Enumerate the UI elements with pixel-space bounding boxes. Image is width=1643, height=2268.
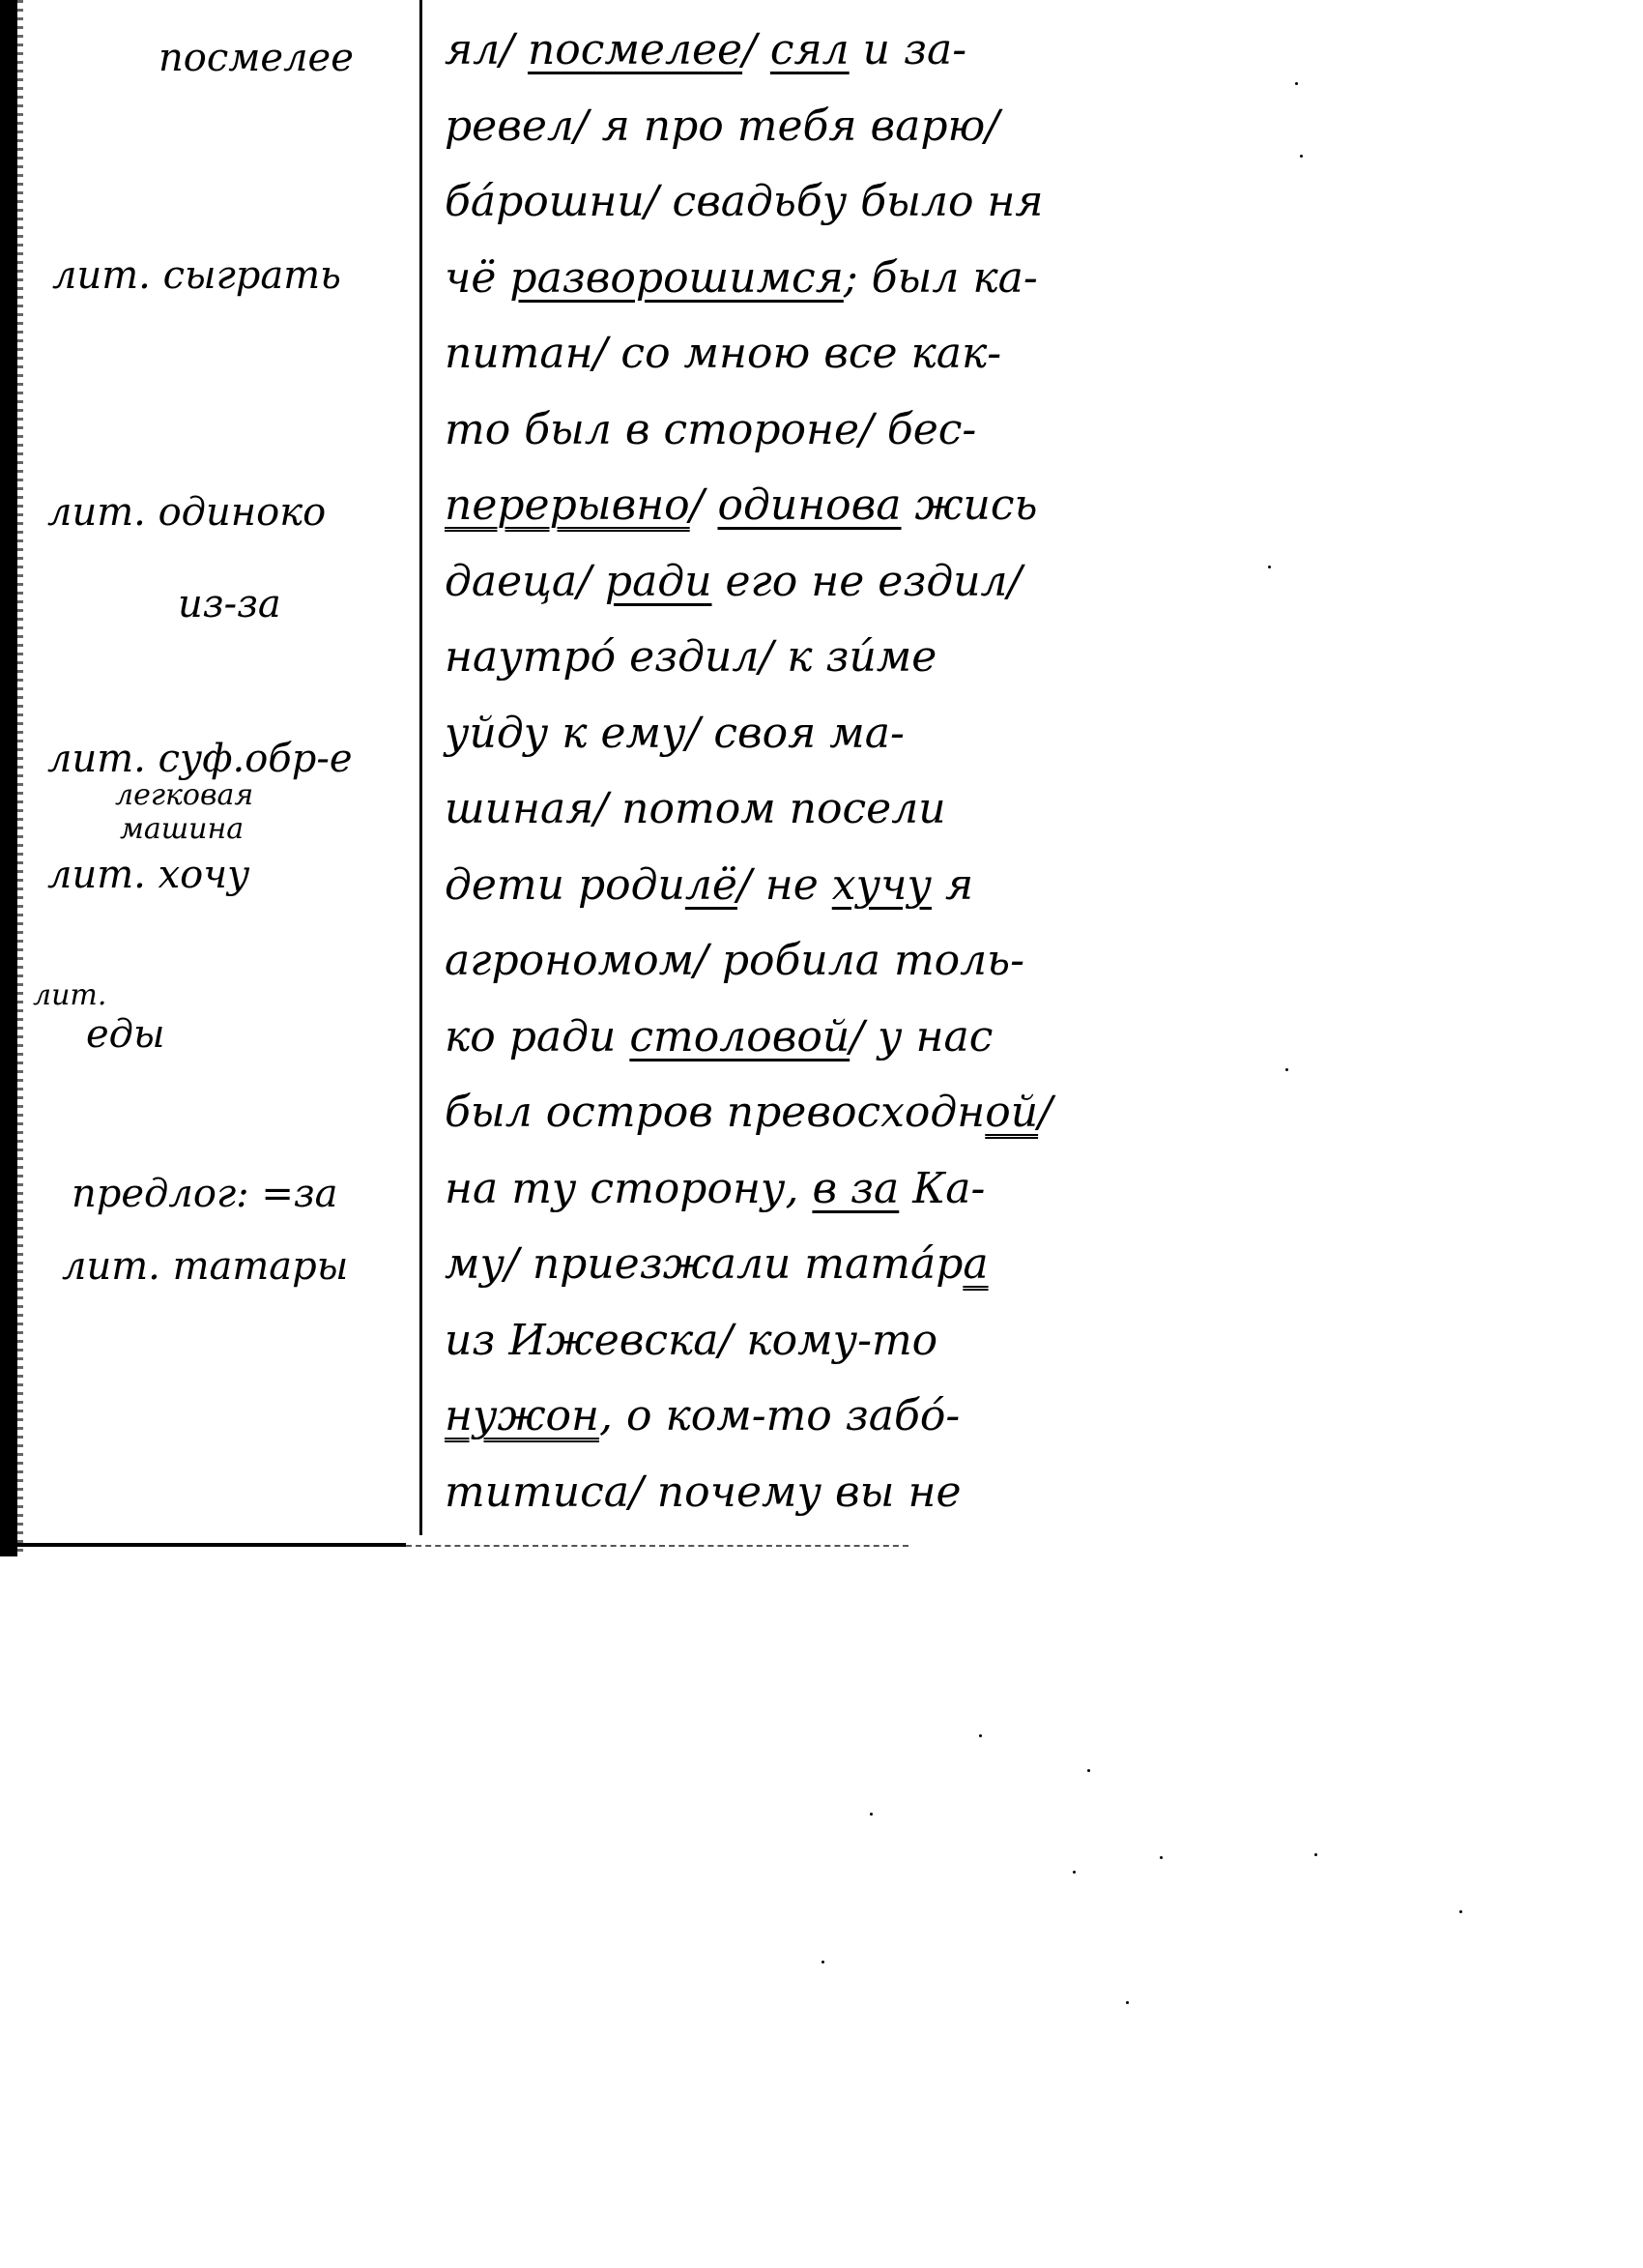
scan-speck xyxy=(1268,566,1271,568)
margin-note: лит. сыграть xyxy=(52,256,341,295)
transcript-text: агрономом/ робила толь- xyxy=(445,936,1024,985)
underlined-dialect-word: сял xyxy=(770,25,850,74)
transcript-line: чё разворошимся; был ка- xyxy=(445,257,1295,300)
underlined-dialect-word: столовой xyxy=(629,1012,850,1061)
transcript-line: питан/ со мною все как- xyxy=(445,333,1295,375)
transcript-text: я xyxy=(932,860,973,910)
transcript-text: его не ездил/ xyxy=(712,557,1023,606)
transcript-text: ял/ xyxy=(445,25,528,74)
page-bottom-border-dashed xyxy=(406,1545,908,1547)
scan-speck xyxy=(870,1813,873,1816)
transcript-text: был остров превосходн xyxy=(445,1088,985,1137)
transcript-line: дети родилё/ не хучу я xyxy=(445,864,1295,907)
transcript-text: ко ради xyxy=(445,1012,629,1061)
transcript-line: нужон, о ком-то забо́- xyxy=(445,1395,1295,1438)
margin-note: посмелее xyxy=(159,39,354,77)
scan-speck xyxy=(1285,1068,1288,1071)
transcript-line: был остров превосходной/ xyxy=(445,1091,1295,1134)
margin-note: лит. суф.обр-е xyxy=(47,740,353,778)
underlined-dialect-word: хучу xyxy=(832,860,932,910)
scan-speck xyxy=(979,1734,982,1737)
transcript-text: / xyxy=(1038,1088,1052,1137)
underlined-dialect-word: перерывно xyxy=(445,480,690,530)
transcript-text: чё xyxy=(445,253,509,303)
margin-notes-column: посмелее лит. сыграть лит. одиноко из-за… xyxy=(23,0,415,1537)
transcript-line: наутро́ ездил/ к зи́ме xyxy=(445,636,1295,679)
transcript-line: на ту сторону, в за Ка- xyxy=(445,1168,1295,1210)
transcript-line: шиная/ потом посели xyxy=(445,788,1295,830)
transcript-text: Ка- xyxy=(899,1164,985,1213)
underlined-dialect-word: нужон xyxy=(445,1391,599,1440)
scan-speck xyxy=(1314,1853,1317,1856)
transcript-line: уйду к ему/ своя ма- xyxy=(445,712,1295,755)
transcript-text: му/ приезжали тата́р xyxy=(445,1239,963,1289)
scan-speck xyxy=(1126,2001,1129,2004)
underlined-dialect-word: посмелее xyxy=(528,25,742,74)
transcript-line: ко ради столовой/ у нас xyxy=(445,1016,1295,1059)
underlined-dialect-word: ради xyxy=(605,557,712,606)
underlined-dialect-word: лё xyxy=(685,860,737,910)
transcript-text: , о ком-то забо́- xyxy=(599,1391,960,1440)
margin-divider-line xyxy=(419,0,422,1535)
transcript-text: ; был ка- xyxy=(844,253,1038,303)
transcript-line: перерывно/ одинова жись xyxy=(445,484,1295,527)
transcript-text: / у нас xyxy=(850,1012,993,1061)
transcript-line: ял/ посмелее/ сял и за- xyxy=(445,29,1295,72)
transcript-text: / xyxy=(690,480,718,530)
margin-note: из-за xyxy=(178,585,281,624)
transcript-text: дети роди xyxy=(445,860,685,910)
margin-note: лит. xyxy=(33,981,106,1010)
scan-speck xyxy=(1160,1856,1163,1859)
transcript-text: наутро́ ездил/ к зи́ме xyxy=(445,632,937,682)
underlined-dialect-word: одинова xyxy=(717,480,901,530)
transcript-text: ревел/ я про тебя варю/ xyxy=(445,102,999,151)
transcript-line: даеца/ ради его не ездил/ xyxy=(445,561,1295,603)
transcript-text: и за- xyxy=(850,25,966,74)
transcript-body: ял/ посмелее/ сял и за-ревел/ я про тебя… xyxy=(430,0,1300,1537)
underlined-dialect-word: а xyxy=(963,1239,988,1289)
transcript-text: из Ижевска/ кому-то xyxy=(445,1316,937,1365)
scan-speck xyxy=(821,1961,824,1963)
underlined-dialect-word: разворошимся xyxy=(509,253,843,303)
transcript-text: то был в стороне/ бес- xyxy=(445,405,976,454)
transcript-text: даеца/ xyxy=(445,557,605,606)
transcript-text: уйду к ему/ своя ма- xyxy=(445,709,905,758)
underlined-dialect-word: в за xyxy=(812,1164,899,1213)
transcript-text: шиная/ потом посели xyxy=(445,784,946,833)
transcript-text: ба́рошни/ свадьбу было ня xyxy=(445,177,1044,226)
margin-note: лит. татары xyxy=(62,1247,348,1286)
page-bottom-border xyxy=(0,1543,406,1547)
transcript-line: то был в стороне/ бес- xyxy=(445,409,1295,451)
transcript-text: титиса/ почему вы не xyxy=(445,1468,962,1517)
underlined-dialect-word: ой xyxy=(985,1088,1038,1137)
transcript-text: питан/ со мною все как- xyxy=(445,329,1001,378)
margin-note: лит. одиноко xyxy=(47,493,326,532)
transcript-text: / xyxy=(742,25,770,74)
transcript-text: / не xyxy=(737,860,832,910)
transcript-text: на ту сторону, xyxy=(445,1164,812,1213)
scan-speck xyxy=(1295,82,1298,85)
transcript-line: из Ижевска/ кому-то xyxy=(445,1320,1295,1362)
transcript-text: жись xyxy=(902,480,1038,530)
margin-note: машина xyxy=(120,815,244,844)
margin-note: предлог: =за xyxy=(72,1175,338,1213)
margin-note: лит. хочу xyxy=(47,856,249,894)
transcript-line: ба́рошни/ свадьбу было ня xyxy=(445,181,1295,223)
scan-speck xyxy=(1459,1910,1462,1913)
transcript-line: ревел/ я про тебя варю/ xyxy=(445,105,1295,148)
transcript-line: агрономом/ робила толь- xyxy=(445,940,1295,982)
margin-note: еды xyxy=(86,1015,165,1054)
scan-left-edge xyxy=(0,0,17,1556)
scan-speck xyxy=(1073,1871,1076,1874)
scan-speck xyxy=(1300,155,1303,158)
margin-note: легковая xyxy=(115,781,253,810)
scan-speck xyxy=(1087,1769,1090,1772)
transcript-line: титиса/ почему вы не xyxy=(445,1471,1295,1514)
transcript-line: му/ приезжали тата́ра xyxy=(445,1243,1295,1286)
